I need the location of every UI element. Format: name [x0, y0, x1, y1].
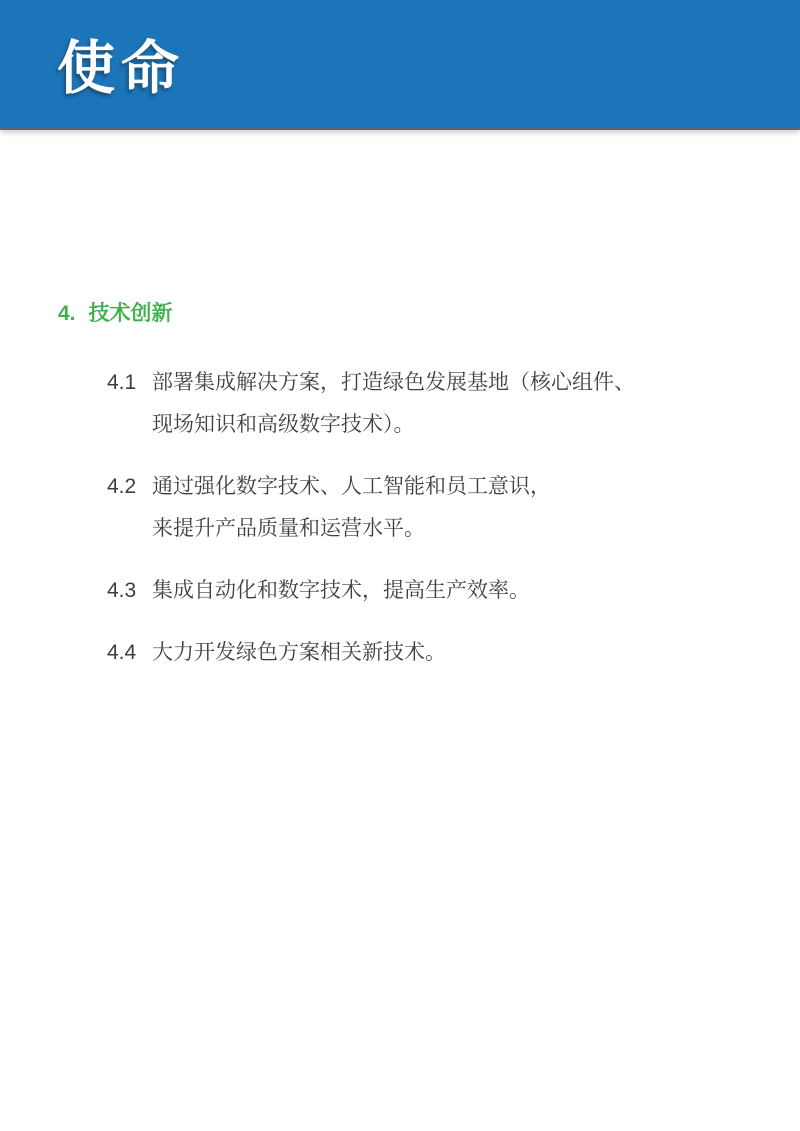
item-text-line: 通过强化数字技术、人工智能和员工意识，	[152, 466, 551, 508]
section-title: 技术创新	[89, 302, 173, 325]
item-text: 集成自动化和数字技术，提高生产效率。	[152, 570, 530, 612]
content-area: 4.技术创新 4.1 部署集成解决方案，打造绿色发展基地（核心组件、 现场知识和…	[0, 130, 800, 674]
item-text: 通过强化数字技术、人工智能和员工意识， 来提升产品质量和运营水平。	[152, 466, 551, 550]
item-text: 部署集成解决方案，打造绿色发展基地（核心组件、 现场知识和高级数字技术）。	[152, 362, 635, 446]
list-item-4-1: 4.1 部署集成解决方案，打造绿色发展基地（核心组件、 现场知识和高级数字技术）…	[107, 362, 740, 446]
section-heading: 4.技术创新	[58, 300, 740, 327]
item-text-line: 部署集成解决方案，打造绿色发展基地（核心组件、	[152, 362, 635, 404]
item-text-line: 集成自动化和数字技术，提高生产效率。	[152, 570, 530, 612]
item-number: 4.3	[107, 570, 152, 612]
list-item-4-4: 4.4 大力开发绿色方案相关新技术。	[107, 632, 740, 674]
item-number: 4.4	[107, 632, 152, 674]
section-number: 4.	[58, 302, 76, 325]
item-number: 4.2	[107, 466, 152, 508]
page-title: 使命	[57, 40, 185, 98]
item-text-line: 现场知识和高级数字技术）。	[152, 404, 635, 446]
item-text-line: 大力开发绿色方案相关新技术。	[152, 632, 446, 674]
list-item-4-2: 4.2 通过强化数字技术、人工智能和员工意识， 来提升产品质量和运营水平。	[107, 466, 740, 550]
document-page: 使命 4.技术创新 4.1 部署集成解决方案，打造绿色发展基地（核心组件、 现场…	[0, 0, 800, 1131]
item-text: 大力开发绿色方案相关新技术。	[152, 632, 446, 674]
item-number: 4.1	[107, 362, 152, 404]
item-text-line: 来提升产品质量和运营水平。	[152, 508, 551, 550]
header-banner: 使命	[0, 0, 800, 130]
item-list: 4.1 部署集成解决方案，打造绿色发展基地（核心组件、 现场知识和高级数字技术）…	[107, 362, 740, 674]
list-item-4-3: 4.3 集成自动化和数字技术，提高生产效率。	[107, 570, 740, 612]
